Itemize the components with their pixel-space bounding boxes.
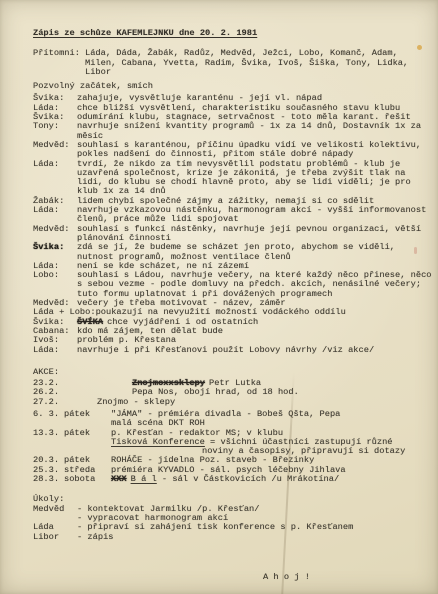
title-row: Zápis ze schůze KAFEMLEJNKU dne 20. 2. 1… [33, 29, 432, 38]
entry-text: souhlasí s funkcí nástěnky, navrhuje jej… [77, 225, 432, 244]
underlined-phrase: Tisková Konference [111, 437, 205, 447]
task-row: Libor- zápis [33, 533, 432, 542]
pencil-mark [414, 247, 417, 254]
speaker-name: Švika: [33, 243, 77, 262]
attendees-block: Přítomni: Láda, Dáda, Žabák, Radůz, Medv… [33, 49, 432, 77]
event-row: 27.2. Znojmo - sklepy [33, 398, 432, 407]
events-section: AKCE: 23.2. ZnojmoxxsklepyPetr Lutka 26.… [33, 368, 432, 485]
discussion-entry: Švika:zdá se jí, že budeme se scházet je… [33, 243, 432, 262]
tasks-section: Úkoly: Medvěd- kontektovat Jarmilku /p. … [33, 495, 432, 541]
attendees-line: Libor [85, 68, 408, 77]
entry-text: navrhuje i při Křesťanovi použít Lobovy … [77, 346, 374, 355]
event-text-rest: - sál v Částkovicích /u Mrákotína/ [157, 474, 339, 484]
discussion-entry: Medvěd:souhlasí s funkcí nástěnky, navrh… [33, 225, 432, 244]
event-row: 28.3. sobota XXXB á l - sál v Částkovicí… [33, 475, 432, 484]
entry-text: navrhuje vzkazovou nástěnku, harmonogram… [77, 206, 432, 225]
event-date: 28.3. [33, 475, 64, 484]
discussion-entry: Lobo:souhlasí s Ládou, navrhuje večery, … [33, 271, 432, 299]
task-text: - připraví si zahájení tisk konference s… [77, 523, 353, 532]
event-row: 26.2. Pepa Nos, obojí hrad, od 18 hod. [33, 388, 432, 397]
intro-note: Pozvolný začátek, smích [33, 82, 432, 91]
attendees-label: Přítomni: [33, 49, 85, 77]
closing-greeting: A h o j ! [263, 573, 432, 582]
event-date: 13.3. [33, 429, 64, 457]
discussion-entry: Láda:tvrdí, že nikdo za tím nevysvětlil … [33, 160, 432, 197]
speaker-name: Tony: [33, 122, 77, 141]
event-date: 27.2. [33, 398, 64, 407]
discussion-entry: Medvěd:souhlasí s karanténou, příčinu úp… [33, 141, 432, 160]
speaker-name: Medvěd: [33, 141, 77, 160]
entry-text: souhlasí s Ládou, navrhuje večery, na kt… [77, 271, 432, 299]
events-rows: 23.2. ZnojmoxxsklepyPetr Lutka 26.2. Pep… [33, 379, 432, 484]
entry-text: navrhuje snížení kvantity programů - 1x … [77, 122, 432, 141]
entry-text: souhlasí s karanténou, příčinu úpadku vi… [77, 141, 432, 160]
entry-text: zdá se jí, že budeme se scházet jen prot… [77, 243, 432, 262]
discussion-entry: Tony:navrhuje snížení kvantity programů … [33, 122, 432, 141]
events-heading: AKCE: [33, 368, 432, 377]
speaker-name: Láda: [33, 160, 77, 197]
event-desc: XXXB á l - sál v Částkovicích /u Mrákotí… [111, 475, 339, 484]
crossed-out-word: XXX [111, 474, 127, 484]
discussion-section: Švika:zahajuje, vysvětluje karanténu - j… [33, 94, 432, 354]
event-day: sobota [64, 475, 111, 484]
document-title: Zápis ze schůze KAFEMLEJNKU dne 20. 2. 1… [33, 29, 257, 38]
underlined-phrase: B á l [131, 474, 157, 484]
task-owner: Medvěd [33, 505, 77, 514]
event-desc: "JÁMA" - prémiéra divadla - Bobeš Qšta, … [111, 410, 340, 429]
entry-text: tvrdí, že nikdo za tím nevysvětlil podst… [77, 160, 432, 197]
event-day: pátek [64, 429, 111, 457]
speaker-name: Lobo: [33, 271, 77, 299]
paper-stain-dot [417, 45, 422, 50]
speaker-name: Láda: [33, 206, 77, 225]
event-row: 6. 3. pátek "JÁMA" - prémiéra divadla - … [33, 410, 432, 429]
attendees-names: Láda, Dáda, Žabák, Radůz, Medvěd, Ježci,… [85, 49, 408, 77]
event-desc: Znojmo - sklepy [97, 398, 175, 407]
event-date: 6. 3. [33, 410, 64, 429]
event-row: 13.3. pátek p. Křesťan - redaktor MS; v … [33, 429, 432, 457]
speaker-name: Láda: [33, 346, 77, 355]
discussion-entry: Láda:navrhuje i při Křesťanovi použít Lo… [33, 346, 432, 355]
discussion-entry: Láda:navrhuje vzkazovou nástěnku, harmon… [33, 206, 432, 225]
task-text: - zápis [77, 533, 114, 542]
scanned-meeting-minutes-page: Zápis ze schůze KAFEMLEJNKU dne 20. 2. 1… [0, 0, 438, 594]
event-day: pátek [64, 410, 111, 429]
speaker-name: Medvěd: [33, 225, 77, 244]
event-desc: p. Křesťan - redaktor MS; v klubu Tiskov… [111, 429, 405, 457]
task-owner: Libor [33, 533, 77, 542]
attendees-line: Milen, Cabana, Yvetta, Radim, Švika, Ivo… [85, 59, 408, 68]
